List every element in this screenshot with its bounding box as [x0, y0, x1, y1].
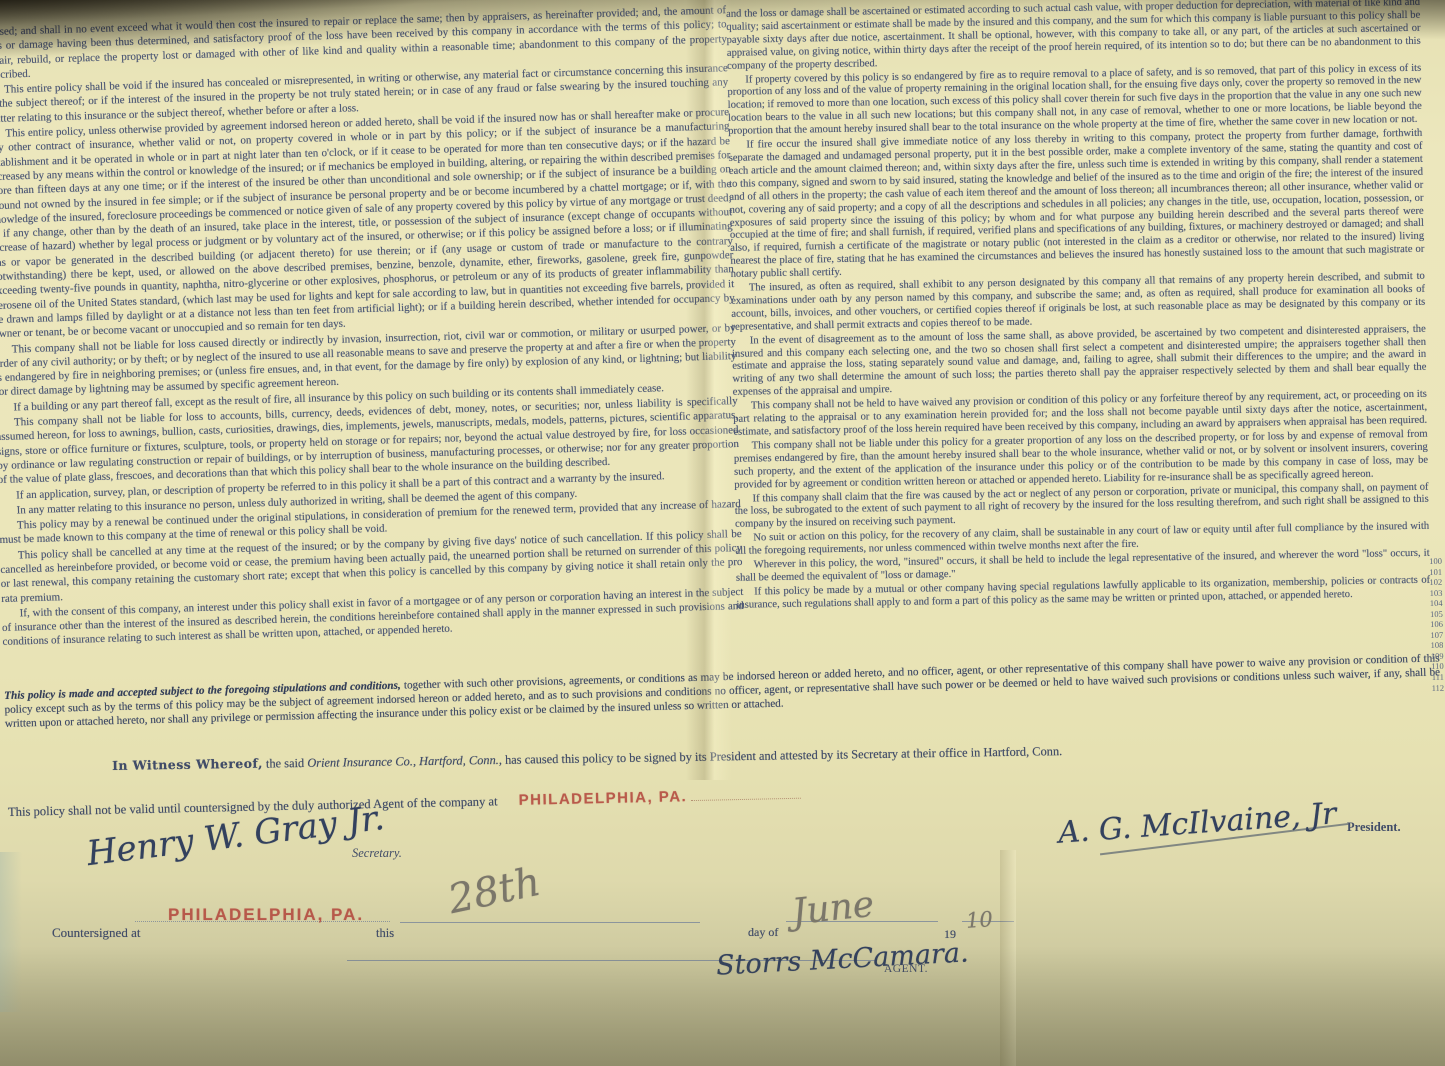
witness-tail: has caused this policy to be signed by i…	[502, 744, 1062, 767]
line-number: 106	[1417, 619, 1443, 630]
margin-line-numbers: 100101102103104105106107108109110111112	[1416, 556, 1444, 694]
line-number: 111	[1418, 672, 1444, 683]
day-of-label: day of	[748, 925, 778, 940]
right-fold-crease	[1000, 850, 1016, 1066]
witness-clause: In Witness Whereof, the said Orient Insu…	[112, 740, 1262, 774]
company-name: Orient Insurance Co., Hartford, Conn.,	[307, 753, 502, 770]
secretary-title: Secretary.	[352, 846, 402, 861]
blank-line	[690, 798, 800, 801]
line-number: 107	[1417, 630, 1443, 641]
policy-paragraph: and the loss or damage shall be ascertai…	[726, 0, 1421, 73]
witness-lead: In Witness Whereof,	[112, 756, 263, 773]
policy-paragraph: If fire occur the insured shall give imm…	[728, 128, 1424, 282]
line-number: 102	[1416, 577, 1442, 588]
this-label: this	[376, 926, 394, 941]
handwritten-month: June	[790, 884, 876, 933]
countersigned-at-label: Countersigned at	[52, 925, 140, 941]
blank-line	[400, 922, 700, 923]
handwritten-year: 10	[965, 907, 993, 933]
line-number: 103	[1416, 587, 1442, 598]
acceptance-clause: This policy is made and accepted subject…	[4, 651, 1441, 731]
witness-mid: the said	[263, 756, 308, 771]
president-signature: A. G. McIlvaine, Jr	[1057, 796, 1337, 850]
line-number: 104	[1417, 598, 1443, 609]
line-number: 100	[1416, 556, 1442, 567]
policy-paragraph: If property covered by this policy is so…	[727, 62, 1422, 139]
line-number: 101	[1416, 566, 1442, 577]
page-edge	[0, 852, 22, 1012]
policy-document-photo: caused; and shall in no event exceed wha…	[0, 0, 1445, 1066]
philadelphia-stamp: PHILADELPHIA, PA.	[519, 788, 688, 809]
line-number: 109	[1417, 651, 1443, 662]
policy-left-column: caused; and shall in no event exceed wha…	[0, 3, 744, 651]
policy-right-column: and the loss or damage shall be ascertai…	[726, 0, 1430, 613]
president-title: President.	[1347, 820, 1401, 835]
line-number: 105	[1417, 609, 1443, 620]
policy-paragraph: This entire policy, unless otherwise pro…	[0, 105, 735, 341]
handwritten-day: 28th	[444, 859, 544, 923]
policy-paragraph: In the event of disagreement as to the a…	[732, 323, 1427, 400]
agent-signature: Storrs McCamara.	[715, 937, 969, 981]
line-number: 108	[1417, 640, 1443, 651]
line-number: 112	[1418, 682, 1444, 693]
line-number: 110	[1418, 661, 1444, 672]
philadelphia-stamp-bottom: PHILADELPHIA, PA.	[168, 905, 364, 925]
